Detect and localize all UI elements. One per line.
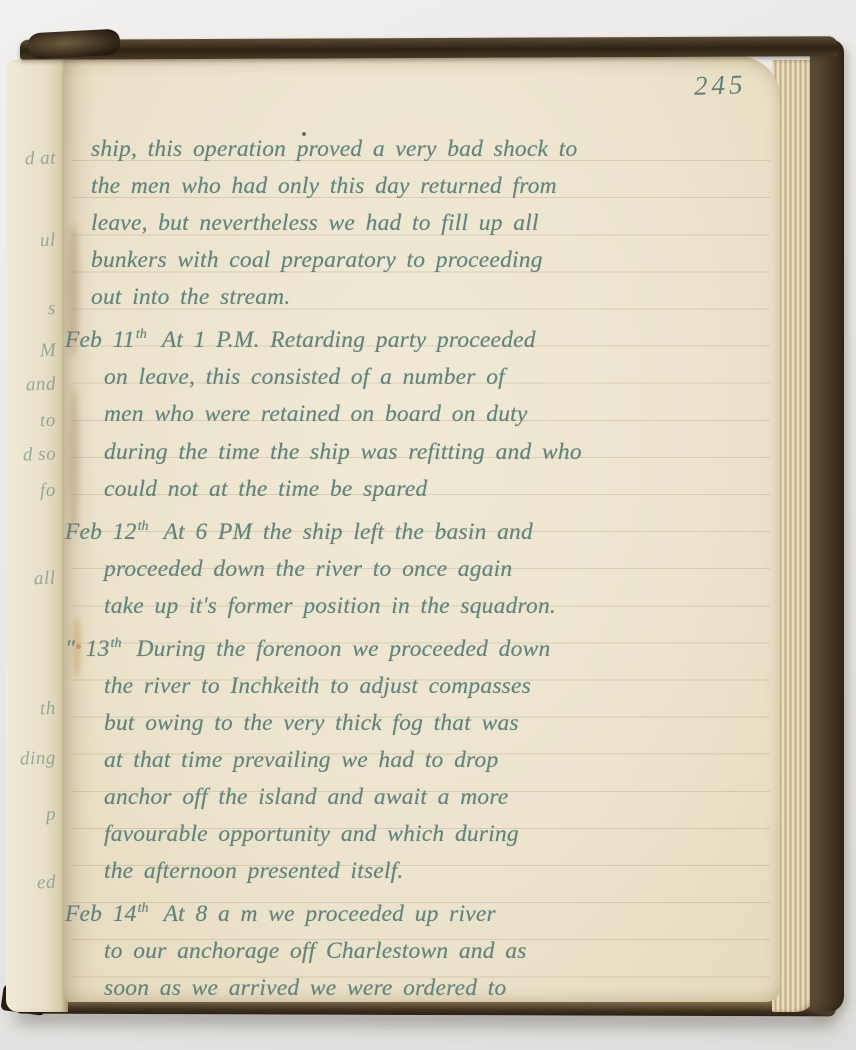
entry-date-ordinal: th <box>136 326 147 342</box>
margin-text-fragment: and <box>26 373 57 396</box>
previous-page-edge: d at ul s M and to d so fo all th ding p… <box>6 60 68 1012</box>
entry-first-line-text: At 6 PM the ship left the basin and <box>164 519 533 545</box>
margin-text-fragment: ed <box>37 872 57 895</box>
diary-line: leave, but nevertheless we had to fill u… <box>91 205 767 242</box>
entry-date-text: " 13 <box>65 636 110 662</box>
diary-line: favourable opportunity and which during <box>91 816 767 853</box>
entry-date-text: Feb 14 <box>65 901 137 927</box>
entry-date: " 13th <box>65 636 122 662</box>
margin-text-fragment: M <box>39 340 56 363</box>
diary-line: ship, this operation proved a very bad s… <box>91 131 767 168</box>
photo-background: d at ul s M and to d so fo all th ding p… <box>0 0 856 1050</box>
entry-first-line-text: At 8 a m we proceeded up river <box>164 901 496 927</box>
diary-line: on leave, this consisted of a number of <box>91 359 767 396</box>
entry-first-line-text: At 1 P.M. Retarding party proceeded <box>162 327 536 353</box>
entry-date: Feb 11th <box>65 327 147 353</box>
diary-page: 245 ship, this operation proved a very b… <box>64 56 780 1002</box>
diary-line: but owing to the very thick fog that was <box>91 705 767 742</box>
diary-line: could not at the time be spared <box>91 471 767 508</box>
handwritten-text: ship, this operation proved a very bad s… <box>91 131 767 1007</box>
diary-line: the men who had only this day returned f… <box>91 168 767 205</box>
diary-line: proceeded down the river to once again <box>91 551 767 588</box>
book-top-edge <box>20 36 838 60</box>
diary-line: the afternoon presented itself. <box>91 853 767 890</box>
diary-book: d at ul s M and to d so fo all th ding p… <box>6 30 844 1015</box>
diary-line: Feb 11thAt 1 P.M. Retarding party procee… <box>65 316 767 359</box>
entry-date: Feb 14th <box>65 901 149 927</box>
diary-line: bunkers with coal preparatory to proceed… <box>91 242 767 279</box>
page-number: 245 <box>693 69 747 102</box>
diary-line: at that time prevailing we had to drop <box>91 742 767 779</box>
diary-line: during the time the ship was refitting a… <box>91 434 767 471</box>
diary-line: men who were retained on board on duty <box>91 396 767 433</box>
margin-text-fragment: ding <box>20 747 57 770</box>
diary-line: anchor off the island and await a more <box>91 779 767 816</box>
entry-date-ordinal: th <box>111 635 122 651</box>
diary-line: soon as we arrived we were ordered to <box>91 970 767 1007</box>
spine-headband <box>27 29 120 60</box>
margin-text-fragment: ul <box>40 230 57 253</box>
diary-line: Feb 14thAt 8 a m we proceeded up river <box>65 890 767 933</box>
margin-text-fragment: all <box>34 568 56 591</box>
margin-text-fragment: p <box>46 804 57 826</box>
margin-text-fragment: s <box>48 298 57 320</box>
margin-text-fragment: th <box>40 698 57 721</box>
diary-line: the river to Inchkeith to adjust compass… <box>91 668 767 705</box>
entry-date-text: Feb 11 <box>65 327 135 353</box>
margin-text-fragment: d so <box>22 443 56 466</box>
entry-date: Feb 12th <box>65 519 149 545</box>
diary-line: to our anchorage off Charlestown and as <box>91 933 767 970</box>
entry-date-text: Feb 12 <box>65 519 137 545</box>
diary-line: take up it's former position in the squa… <box>91 588 767 625</box>
margin-text-fragment: d at <box>25 147 57 170</box>
diary-line: Feb 12thAt 6 PM the ship left the basin … <box>65 508 767 551</box>
margin-text-fragment: fo <box>40 480 57 503</box>
diary-line: out into the stream. <box>91 279 767 316</box>
entry-date-ordinal: th <box>138 518 149 534</box>
diary-line: " 13thDuring the forenoon we proceeded d… <box>65 625 767 668</box>
entry-first-line-text: During the forenoon we proceeded down <box>137 636 551 662</box>
entry-date-ordinal: th <box>138 900 149 916</box>
book-cover-right <box>810 40 844 1012</box>
margin-text-fragment: to <box>40 410 57 433</box>
